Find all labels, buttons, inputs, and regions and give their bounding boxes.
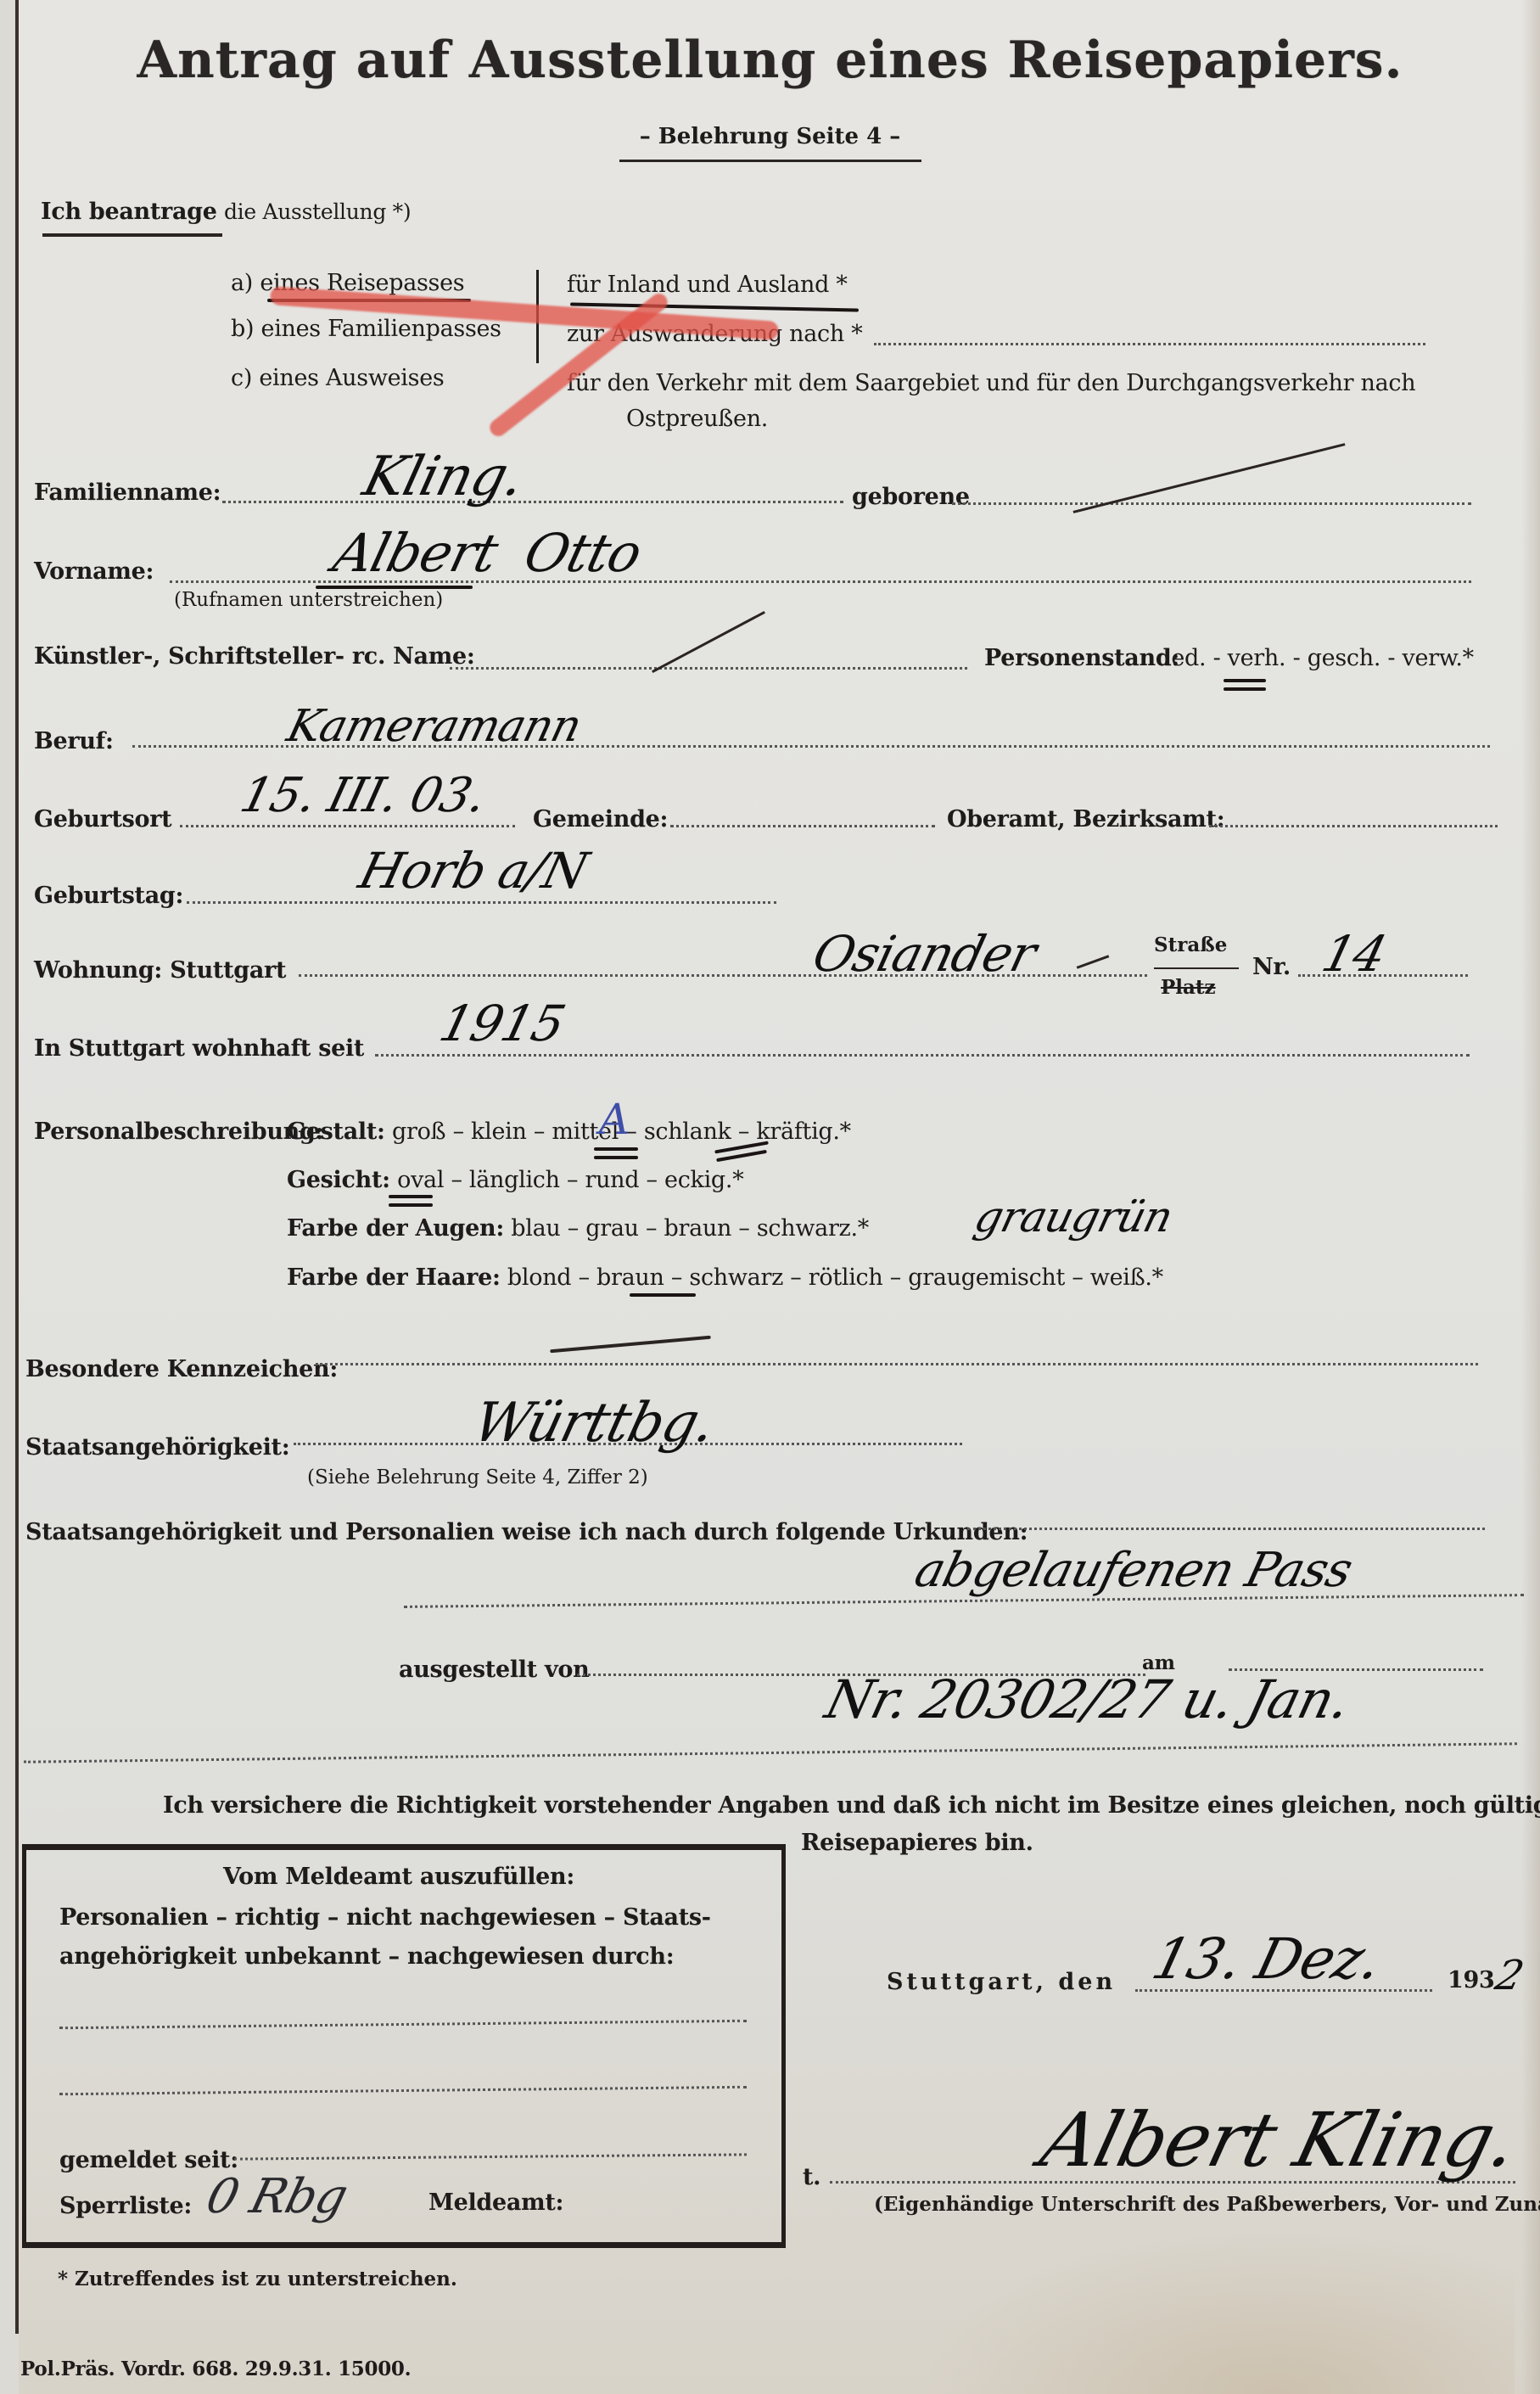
oberamt-label: Oberamt, Bezirksamt:	[947, 806, 1224, 833]
augen-row: Farbe der Augen: blau – grau – braun – s…	[287, 1215, 869, 1242]
haare-row: Farbe der Haare: blond – braun – schwarz…	[287, 1264, 1163, 1291]
oval-underline-1	[389, 1195, 433, 1198]
kennzeichen-label: Besondere Kennzeichen:	[25, 1356, 338, 1382]
mittel-underline-1	[594, 1147, 638, 1151]
haare-roetlich[interactable]: rötlich	[809, 1264, 883, 1291]
option-c-purpose: für den Verkehr mit dem Saargebiet und f…	[567, 370, 1415, 396]
beruf-value: Kameramann	[283, 701, 586, 752]
declaration-line2: Reisepapieres bin.	[801, 1830, 1033, 1856]
gesicht-eckig[interactable]: eckig.*	[664, 1167, 743, 1193]
urkunden-label: Staatsangehörigkeit und Personalien weis…	[25, 1519, 1028, 1545]
beruf-label: Beruf:	[34, 728, 114, 754]
augen-handwritten: graugrün	[970, 1192, 1178, 1242]
personenstand-label: Personenstand:	[984, 645, 1179, 671]
personenstand-led[interactable]: led.	[1164, 645, 1206, 671]
geburtstag-value: Horb a/N	[354, 842, 594, 900]
kuenstlername-field[interactable]	[450, 667, 967, 670]
strasse-label: Straße	[1154, 933, 1227, 956]
augen-label: Farbe der Augen:	[287, 1215, 504, 1242]
page-right-shadow	[1521, 0, 1540, 2394]
gesicht-row: Gesicht: oval – länglich – rund – eckig.…	[287, 1167, 743, 1193]
braun-underline	[630, 1293, 696, 1297]
wohnhaft-value: 1915	[434, 995, 571, 1052]
haare-weiss[interactable]: weiß.*	[1090, 1264, 1163, 1291]
personenstand-verh[interactable]: verh.	[1228, 645, 1286, 671]
signature-prefix: t.	[803, 2164, 820, 2190]
personenstand-gesch[interactable]: gesch.	[1308, 645, 1380, 671]
nr-label: Nr.	[1252, 954, 1291, 980]
option-c-purpose-line2: Ostpreußen.	[626, 406, 768, 432]
gemeinde-field[interactable]	[670, 825, 935, 827]
verh-underline-1	[1224, 679, 1266, 682]
sperrliste-label: Sperrliste:	[59, 2193, 192, 2219]
auswanderung-field[interactable]	[874, 343, 1425, 345]
geborene-field[interactable]	[952, 502, 1471, 505]
personenstand-options: led. - verh. - gesch. - verw.*	[1164, 645, 1474, 671]
intro-line: Ich beantrage die Ausstellung *)	[41, 199, 411, 225]
mittel-underline-2	[594, 1156, 638, 1159]
vorname-second: Otto	[518, 522, 647, 584]
gestalt-gross[interactable]: groß	[392, 1119, 445, 1145]
urkunden-value: abgelaufenen Pass	[910, 1543, 1358, 1598]
oberamt-field[interactable]	[1209, 825, 1498, 827]
gestalt-klein[interactable]: klein	[471, 1119, 527, 1145]
form-subtitle: – Belehrung Seite 4 –	[0, 124, 1540, 149]
geburtsort-value: 15. III. 03.	[235, 768, 491, 823]
augen-grau[interactable]: grau	[585, 1215, 638, 1242]
gemeldet-label: gemeldet seit:	[59, 2147, 238, 2173]
urkunden-field-1[interactable]	[967, 1528, 1485, 1530]
gestalt-schlank[interactable]: schlank	[644, 1119, 731, 1145]
wohnung-street-value: Osiander	[808, 925, 1042, 983]
strasse-platz-divider	[1154, 967, 1239, 969]
declaration-line1: Ich versichere die Richtigkeit vorstehen…	[163, 1792, 1540, 1819]
year-prefix: 193	[1448, 1967, 1494, 1993]
ausgestellt-value: Nr. 20302/27 u. Jan.	[820, 1668, 1356, 1730]
gemeinde-label: Gemeinde:	[533, 806, 668, 833]
augen-blau[interactable]: blau	[511, 1215, 560, 1242]
meldeamt-label: Meldeamt:	[428, 2189, 563, 2216]
familienname-field[interactable]	[222, 501, 843, 503]
option-c: c) eines Ausweises	[231, 365, 444, 391]
signature-caption: (Eigenhändige Unterschrift des Paßbewerb…	[874, 2193, 1540, 2216]
familienname-value: Kling.	[357, 446, 530, 508]
vorname-label: Vorname:	[34, 558, 154, 585]
haare-graugemischt[interactable]: graugemischt	[908, 1264, 1065, 1291]
staatsangehoerigkeit-note: (Siehe Belehrung Seite 4, Ziffer 2)	[307, 1466, 648, 1489]
gesicht-laenglich[interactable]: länglich	[469, 1167, 560, 1193]
intro-rest: die Ausstellung *)	[224, 199, 411, 224]
oval-underline-2	[389, 1203, 433, 1207]
imprint: Pol.Präs. Vordr. 668. 29.9.31. 15000.	[20, 2358, 411, 2380]
sperrliste-value: 0 Rbg	[201, 2169, 353, 2224]
ausgestellt-label: ausgestellt von	[399, 1657, 589, 1683]
haare-braun[interactable]: braun	[596, 1264, 664, 1291]
augen-schwarz[interactable]: schwarz.*	[757, 1215, 869, 1242]
haare-schwarz[interactable]: schwarz	[689, 1264, 783, 1291]
place-label: Stuttgart, den	[887, 1969, 1116, 1995]
wohnhaft-field[interactable]	[375, 1054, 1470, 1057]
haare-blond[interactable]: blond	[507, 1264, 571, 1291]
staatsangehoerigkeit-label: Staatsangehörigkeit:	[25, 1434, 289, 1461]
geburtsort-field[interactable]	[180, 825, 515, 827]
form-title: Antrag auf Ausstellung eines Reisepapier…	[0, 31, 1540, 90]
kuenstlername-label: Künstler-, Schriftsteller- rc. Name:	[34, 643, 475, 670]
meldeamt-line1: Personalien – richtig – nicht nachgewies…	[59, 1904, 711, 1931]
gestalt-kraeftig[interactable]: kräftig.*	[756, 1119, 851, 1145]
platz-label: Platz	[1161, 976, 1216, 999]
geburtstag-label: Geburtstag:	[34, 883, 183, 909]
gesicht-oval[interactable]: oval	[397, 1167, 444, 1193]
paper-stain	[921, 2224, 1515, 2394]
footnote: * Zutreffendes ist zu unterstreichen.	[58, 2268, 457, 2290]
personenstand-verw[interactable]: verw.*	[1403, 645, 1474, 671]
geburtsort-label: Geburtsort	[34, 806, 171, 833]
meldeamt-title: Vom Meldeamt auszufüllen:	[0, 1864, 798, 1890]
kennzeichen-field[interactable]	[316, 1363, 1478, 1365]
option-b: b) eines Familienpasses	[231, 316, 501, 342]
augen-braun[interactable]: braun	[664, 1215, 732, 1242]
gesicht-rund[interactable]: rund	[585, 1167, 639, 1193]
vorname-first: Albert	[328, 522, 504, 584]
personalbeschreibung-label: Personalbeschreibung:	[34, 1119, 323, 1145]
verh-underline-2	[1224, 687, 1266, 691]
intro-underlined: Ich beantrage	[41, 199, 217, 225]
page-left-edge	[15, 0, 19, 2334]
signature-value: Albert Kling.	[1033, 2096, 1526, 2184]
intro-underline	[42, 233, 222, 237]
wohnhaft-label: In Stuttgart wohnhaft seit	[34, 1035, 364, 1062]
familienname-label: Familienname:	[34, 479, 221, 506]
geburtstag-field[interactable]	[187, 901, 776, 904]
geborene-label: geborene	[852, 484, 970, 510]
vorname-note: (Rufnamen unterstreichen)	[174, 589, 443, 611]
wohnung-label: Wohnung: Stuttgart	[34, 957, 286, 984]
date-value: 13. Dez.	[1145, 1926, 1387, 1992]
gesicht-label: Gesicht:	[287, 1167, 390, 1193]
meldeamt-line2: angehörigkeit unbekannt – nachgewiesen d…	[59, 1943, 674, 1970]
option-a-purpose: für Inland und Ausland *	[567, 272, 848, 298]
haare-label: Farbe der Haare:	[287, 1264, 501, 1291]
subtitle-underline	[619, 160, 921, 162]
blue-pencil-mark: A	[599, 1095, 630, 1144]
gestalt-label: Gestalt:	[287, 1119, 385, 1145]
staatsangehoerigkeit-value: Württbg.	[468, 1392, 721, 1455]
